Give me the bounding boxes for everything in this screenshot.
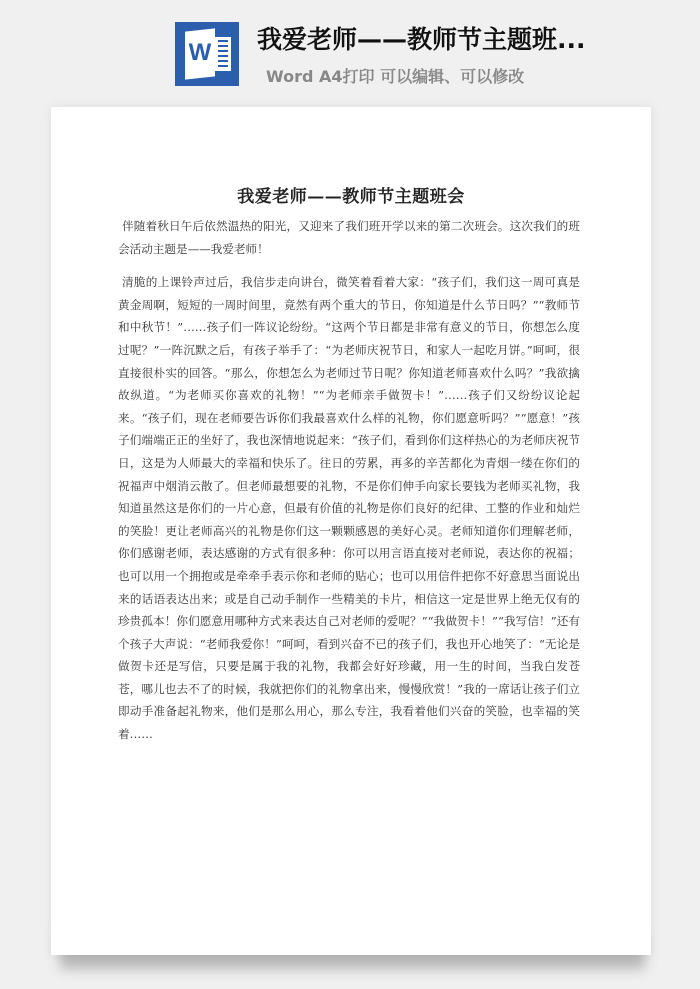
header-title: 我爱老师——教师节主题班...	[257, 20, 586, 56]
word-app-icon: W	[175, 22, 239, 86]
document-page: 我爱老师——教师节主题班会 伴随着秋日午后依然温热的阳光，又迎来了我们班开学以来…	[51, 107, 651, 955]
paragraph-main: 清脆的上课铃声过后，我信步走向讲台，微笑着看着大家：“孩子们，我们这一周可真是黄…	[118, 271, 580, 745]
header-subtitle: Word A4打印 可以编辑、可以修改	[266, 64, 524, 87]
word-icon-lines	[215, 37, 231, 71]
document-body: 伴随着秋日午后依然温热的阳光，又迎来了我们班开学以来的第二次班会。这次我们的班会…	[118, 215, 580, 757]
preview-header: W 我爱老师——教师节主题班... Word A4打印 可以编辑、可以修改	[0, 0, 700, 100]
word-icon-letter: W	[187, 39, 213, 67]
paragraph-intro: 伴随着秋日午后依然温热的阳光，又迎来了我们班开学以来的第二次班会。这次我们的班会…	[118, 215, 580, 260]
document-title: 我爱老师——教师节主题班会	[51, 182, 651, 207]
